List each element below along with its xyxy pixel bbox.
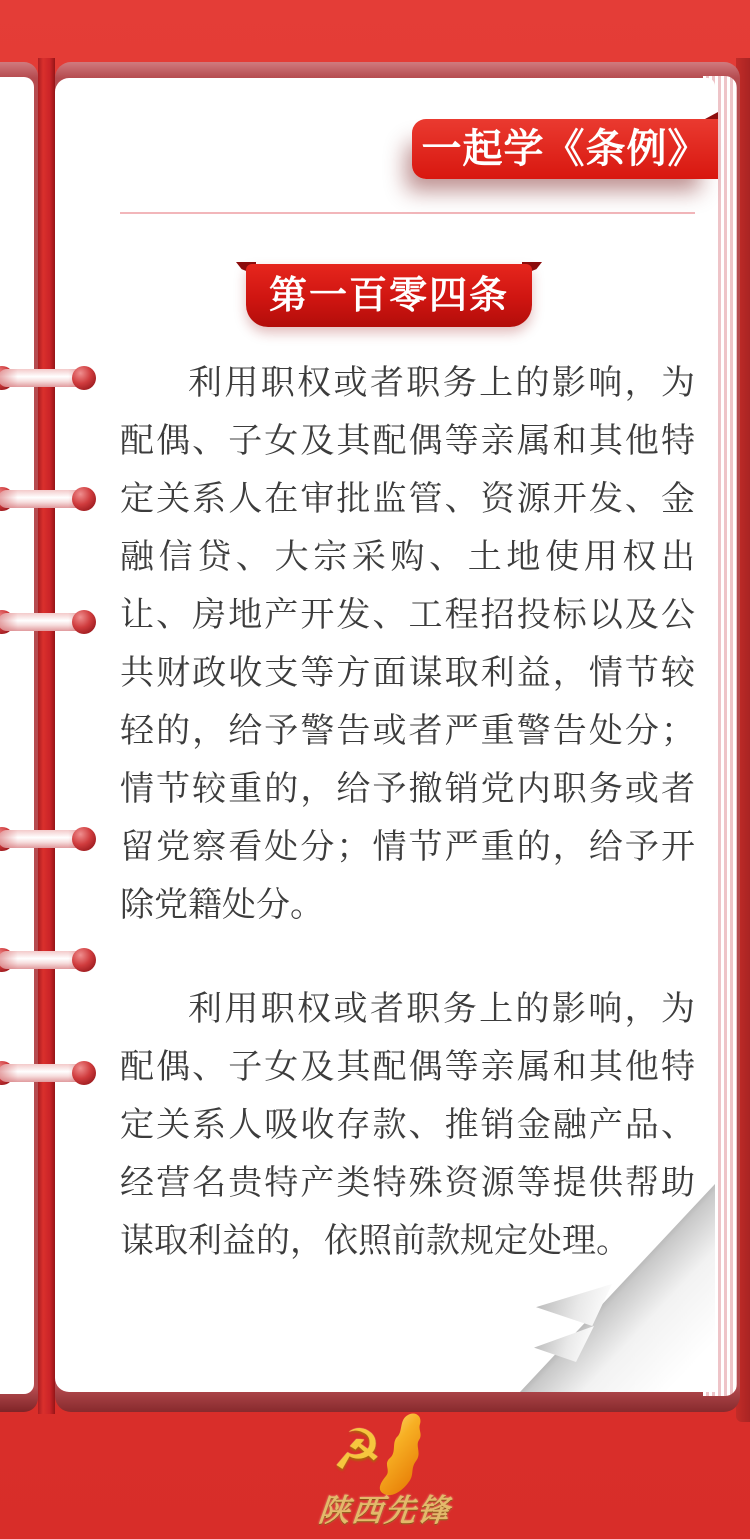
article-number-label: 第一百零四条 xyxy=(269,277,509,315)
notebook-spine xyxy=(38,58,55,1414)
back-page-strip xyxy=(0,62,38,1412)
footer-logo: ☭ 陕西先锋 xyxy=(290,1412,480,1534)
header-banner-label: 一起学《条例》 xyxy=(422,129,709,169)
binder-ring xyxy=(0,487,96,511)
back-page-strip-paper xyxy=(0,77,34,1394)
article-number-ribbon: 第一百零四条 xyxy=(238,262,540,327)
footer-logo-label: 陕西先锋 xyxy=(288,1485,483,1530)
header-banner: 一起学《条例》 xyxy=(412,119,718,179)
ribbon-body: 第一百零四条 xyxy=(246,264,532,327)
binder-ring xyxy=(0,1061,96,1085)
poster-canvas: 一起学《条例》 第一百零四条 利用职权或者职务上的影响，为配偶、子女及其配偶等亲… xyxy=(0,0,750,1539)
separator-line xyxy=(120,212,695,214)
page-curl-sheet xyxy=(520,1184,715,1392)
page-curl xyxy=(520,1184,715,1392)
binder-ring xyxy=(0,366,96,390)
article-paragraph-1: 利用职权或者职务上的影响，为配偶、子女及其配偶等亲属和其他特定关系人在审批监管、… xyxy=(120,354,695,934)
binder-ring xyxy=(0,610,96,634)
binder-ring xyxy=(0,948,96,972)
binder-ring xyxy=(0,827,96,851)
article-body: 利用职权或者职务上的影响，为配偶、子女及其配偶等亲属和其他特定关系人在审批监管、… xyxy=(120,354,695,1270)
notebook-page: 一起学《条例》 第一百零四条 利用职权或者职务上的影响，为配偶、子女及其配偶等亲… xyxy=(55,62,740,1412)
